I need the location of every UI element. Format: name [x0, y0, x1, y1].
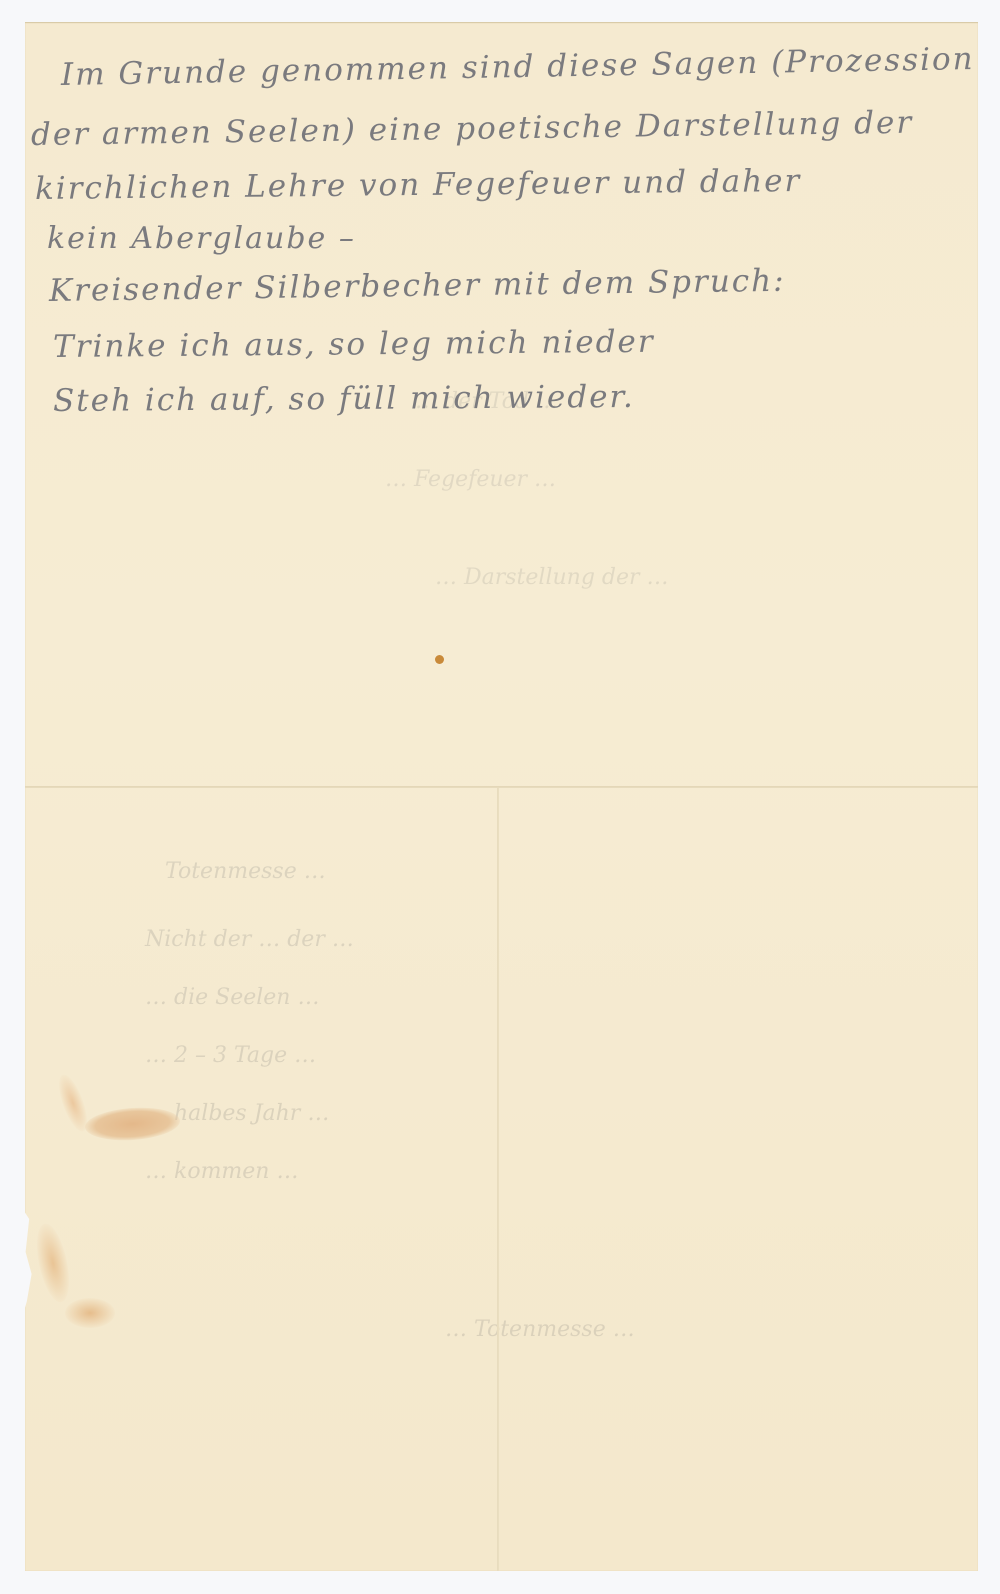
bleed-through-text-top: … der Tod … … Fegefeuer … … Darstellung …: [375, 383, 955, 763]
bleed-line: Totenmesse …: [165, 853, 865, 891]
bleed-line: … Darstellung der …: [435, 559, 955, 597]
handwritten-line-2: der armen Seelen) eine poetische Darstel…: [31, 105, 914, 153]
handwritten-line-3: kirchlichen Lehre von Fegefeuer und dahe…: [35, 163, 802, 207]
bleed-line: … kommen …: [145, 1153, 865, 1191]
letter-page: … der Tod … … Fegefeuer … … Darstellung …: [25, 22, 978, 1571]
vertical-fold-line: [497, 788, 499, 1571]
bleed-line: … halbes Jahr …: [145, 1095, 865, 1133]
bleed-line: Nicht der … der …: [145, 921, 865, 959]
handwritten-line-5: Kreisender Silberbecher mit dem Spruch:: [49, 263, 786, 309]
horizontal-fold-line: [25, 786, 978, 788]
water-stain: [31, 1221, 75, 1305]
bleed-line: … Fegefeuer …: [385, 461, 955, 499]
bleed-line: … die Seelen …: [145, 979, 865, 1017]
handwritten-line-6: Trinke ich aus, so leg mich nieder: [53, 324, 655, 365]
water-stain: [84, 1105, 181, 1144]
handwritten-line-7: Steh ich auf, so füll mich wieder.: [53, 379, 635, 419]
water-stain: [53, 1071, 92, 1134]
water-stain: [65, 1298, 115, 1328]
handwritten-line-1: Im Grunde genommen sind diese Sagen (Pro…: [61, 41, 975, 93]
bleed-through-text-bottom: Totenmesse … Nicht der … der … … die See…: [145, 853, 865, 1493]
torn-edge: [22, 1208, 34, 1318]
handwritten-line-4: kein Aberglaube –: [47, 221, 356, 256]
rust-spot: [435, 655, 444, 664]
bleed-line: … Totenmesse …: [445, 1311, 865, 1349]
bleed-line: … 2 – 3 Tage …: [145, 1037, 865, 1075]
